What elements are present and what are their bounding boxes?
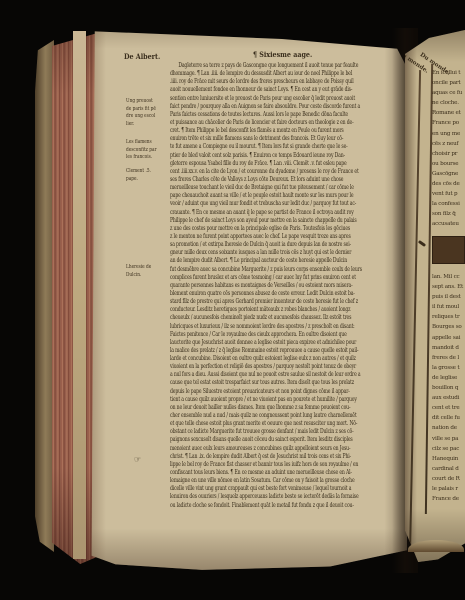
facing-text-fragments-top: En icellui toncile partaquas ce fune clo… [432,68,465,230]
text-fragment: cent et tre [432,403,465,413]
text-fragment: Gascōgne [432,169,465,179]
text-line: la malice des prelatz / z q̄ leglise Rom… [170,347,402,355]
text-fragment: il fut moul [432,302,465,312]
text-line: veoir / aduint que ung vieil mur fondit … [170,200,402,208]
text-line: Philippe le chef de sainct Loys son ayeu… [170,217,402,225]
text-fragment: aux estudi [432,393,465,403]
text-line: et puissance au chācelier de Paris de li… [170,119,402,127]
text-fragment: la confessi [432,199,465,209]
text-fragment: oncile part [432,78,465,88]
woodcut-initial [432,236,465,264]
text-line: confiscant tous leurs biens. ¶ En ce mes… [170,469,402,477]
text-fragment: France de [432,494,465,504]
text-fragment: en ung me [432,129,465,139]
text-line: cher ensemble nud a nud / mais quilz ne … [170,412,402,420]
text-line: sa promotion / et extirpa lheresie de Du… [170,241,402,249]
book-board-edge [35,40,54,552]
text-line: lemaigne en une ville nōmee en latin Sos… [170,477,402,485]
manicule-icon: ☞ [134,455,141,464]
text-line: conducteur. Lesditz heretiques portoient… [170,306,402,314]
text-line: et que telle chose estoit plus grant mer… [170,420,402,428]
text-fragment: mandoit d [432,343,465,353]
text-line: lenuiron des ouuriers / lesquelz apperce… [170,493,402,501]
text-line: dicelle ville vint ung grant crappault q… [170,485,402,493]
text-line: complices furent bruslez et ars cōme tes… [170,274,402,282]
text-fragment: En icellui t [432,68,465,78]
text-line: an de lempire dudit Albert. ¶ Le princip… [170,257,402,265]
text-fragment: puis il dest [432,292,465,302]
text-fragment: son filz q̄ [432,209,465,219]
text-line: christ. ¶ Lan .ix. de lempire dudit Albe… [170,453,402,461]
text-line: on ne leur deuoit bailler nulles dismes.… [170,404,402,412]
text-line: viuoient en la perfection et religiō des… [170,363,402,371]
text-fragment: lan. Mil cc [432,272,465,282]
running-header-right: ¶ Sixiesme aage. [253,50,312,59]
text-fragment: vent fut p [432,189,465,199]
text-fragment: la grosse t [432,363,465,373]
text-line: a nul fors a dieu. Aussi disoient que nu… [170,371,402,379]
text-fragment: nation de [432,423,465,433]
text-line: depuis le pape Siluestre estoient preuar… [170,388,402,396]
text-fragment: le palais r [432,484,465,494]
text-line: ou ladicte cloche se fondoit. Finablemen… [170,502,402,510]
text-fragment: France po [432,118,465,128]
text-line: crauante. ¶ En ce mesme an auant q̄ le p… [170,209,402,217]
text-line: menoient auec eulx leurs amoureuses z co… [170,445,402,453]
leaf-edge-line [409,70,421,558]
text-line: ses freres Charles cōte de Valloys z Loy… [170,176,402,184]
text-line: lippe le bel roy de France fist chasser … [170,461,402,469]
text-line: quarante personnes habitans es montaigne… [170,282,402,290]
facing-page-edge: Du monde. Du monde. En icellui toncile p… [405,30,465,562]
text-fragment: ou bourse [432,159,465,169]
text-fragment: appelle sai [432,333,465,343]
verso-page: De Albert. ¶ Sixiesme aage. Ung preuost … [90,27,410,572]
margin-note: Clement .5. pape. [126,168,165,183]
text-fragment: cilz se pac [432,444,465,454]
text-line: faict pendre / pourquoy alla en Auignon … [170,103,402,111]
text-fragment: cēs z neuf [432,139,465,149]
text-line: z le menton ne furent point apportees au… [170,233,402,241]
text-fragment: cardinal d [432,464,465,474]
text-line: Paris faictes cessations de toutes lectu… [170,111,402,119]
text-fragment: Hanequin [432,454,465,464]
text-line: Dagleterre sa terre z pays de Gascongne … [170,62,402,70]
text-line: auoit nouuellement fondee en lhonneur de… [170,86,402,94]
text-line: stard filz de prestre qui apres Gerhard … [170,298,402,306]
facing-text-fragments-bottom: lan. Mil ccsept ans. Etpuis il destil fu… [432,272,465,504]
text-line: lubricques et luxurieux / ilz se nommoie… [170,323,402,331]
margin-note: Lheresie de Dulcin. [126,264,165,279]
text-line: fut desmēbre auec sa concubine Marguerit… [170,266,402,274]
text-fragment: de leglise [432,373,465,383]
text-line: paignons sexcusoīt disans quelle auoit c… [170,436,402,444]
ink-mark [418,240,426,247]
text-line: ptier de bled valoit cent solz parisis. … [170,152,402,160]
text-fragment: dit celle fu [432,413,465,423]
margin-note: Les flamens desconfitz par les francois. [126,139,165,162]
text-line: te fut amene a Compiegne ou il mourut. ¶… [170,143,402,151]
text-fragment: bouillon q [432,383,465,393]
margin-notes: Ung preuost de paris fit pē dre ung esco… [90,27,170,572]
bookmark-strip [73,31,86,559]
text-line: cent .iiii.xx.v. en la cite de Lyon / et… [170,168,402,176]
text-line: cause que tel estat estoit tresparfaict … [170,379,402,387]
text-fragment: Bourges so [432,322,465,332]
text-line: sention entre luniuersite et le preuost … [170,95,402,103]
text-fragment: aquas ce fu [432,88,465,98]
text-line: merueilleuse touchant le vieil duc de Br… [170,184,402,192]
text-line: Faictes penitence / Car le royaulme des … [170,331,402,339]
text-fragment: Romane et [432,108,465,118]
text-line: pape cheuauchoit auant sa ville / et le … [170,192,402,200]
text-line: cret. ¶ Item Philippe le bel desconfit l… [170,127,402,135]
text-line: gleterre espousa Ysabel fille du roy de … [170,160,402,168]
text-line: enuiron trēte et six mille flamens sans … [170,135,402,143]
text-line: cheueulx / aucunesfois cheminoīt piedz n… [170,314,402,322]
main-text-block: Dagleterre sa terre z pays de Gascongne … [170,62,402,514]
text-line: gneur mille deux cens soixante iusques a… [170,249,402,257]
page-bottom-curl [408,540,464,552]
text-line: larde et concubine. Disoient en oultre q… [170,355,402,363]
text-line: lauctorite que Jesuchrist auoit donnee a… [170,339,402,347]
text-fragment: ville se pa [432,434,465,444]
margin-note: Ung preuost de paris fit pē dre ung esco… [126,98,165,128]
text-line: .iiii. roy de Frāce mit seurs de lordre … [170,78,402,86]
text-fragment: court de R [432,474,465,484]
text-line: dhommage. ¶ Lan .iiii. de lempire du des… [170,70,402,78]
text-line: z une des costes pour mettre en la princ… [170,225,402,233]
text-fragment: choisir pr [432,149,465,159]
text-fragment: freres de l [432,353,465,363]
text-fragment: reliques tr [432,312,465,322]
text-fragment: sept ans. Et [432,282,465,292]
text-fragment: des cōs de [432,179,465,189]
text-fragment: accusateu [432,219,465,229]
book-photograph: De Albert. ¶ Sixiesme aage. Ung preuost … [0,0,465,600]
text-line: tient a cause quilz auoient propre / et … [170,396,402,404]
text-fragment: ne cloche. [432,98,465,108]
text-line: blement enuiron quatre cēs personnes abu… [170,290,402,298]
text-line: obstant ce ladicte Marguerite fut trouue… [170,428,402,436]
